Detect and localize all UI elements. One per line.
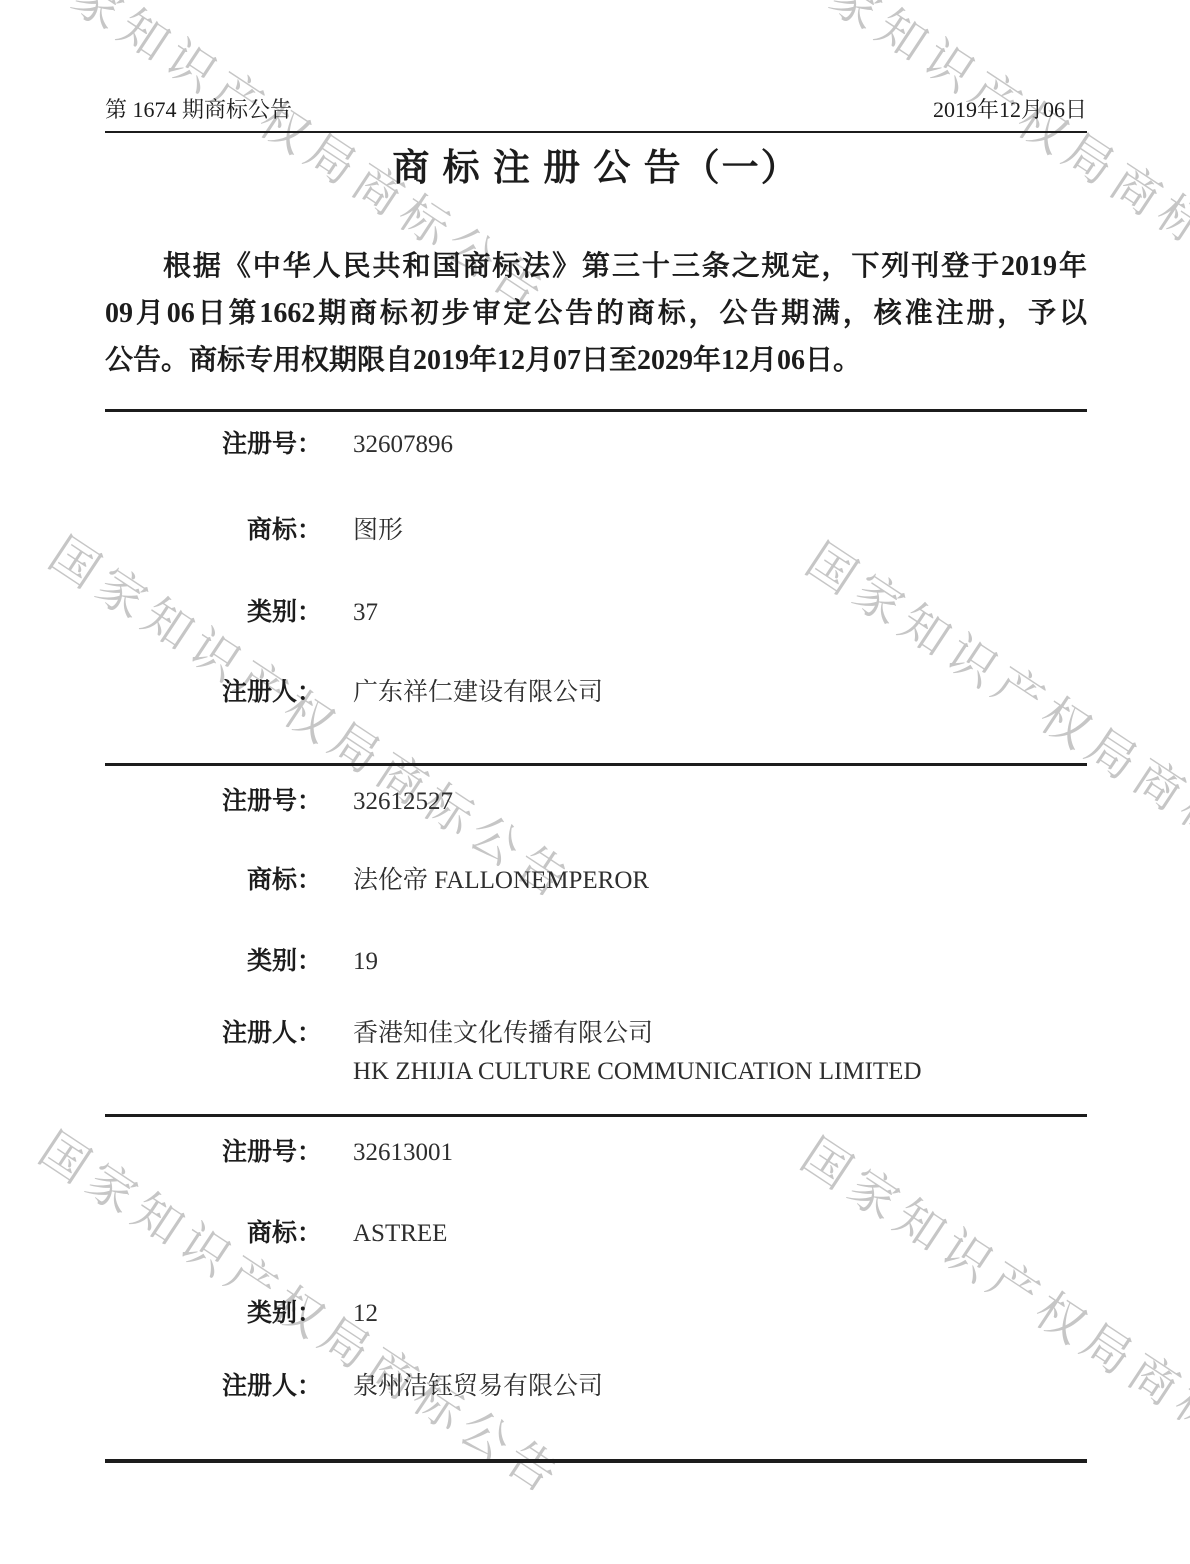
- intro-paragraph: 根据《中华人民共和国商标法》第三十三条之规定，下列刊登于2019年 09月06日…: [105, 243, 1087, 384]
- class-label: 类别：: [105, 945, 322, 979]
- gazette-issue-label: 第 1674 期商标公告: [105, 96, 292, 124]
- trademark-value: 图形: [353, 514, 1053, 548]
- reg-no-label: 注册号：: [105, 428, 322, 462]
- registrant-label: 注册人：: [105, 1370, 322, 1404]
- reg-no-value: 32607896: [353, 428, 1053, 462]
- class-label: 类别：: [105, 596, 322, 630]
- bottom-rule: [105, 1459, 1087, 1463]
- intro-line: 公告。商标专用权期限自2019年12月07日至2029年12月06日。: [105, 337, 1087, 384]
- watermark-text: 国家知识产权局商标公告: [795, 523, 1190, 921]
- record-separator: [105, 1114, 1087, 1117]
- registrant-label: 注册人：: [105, 676, 322, 710]
- registrant-value: 香港知佳文化传播有限公司: [353, 1017, 1053, 1051]
- class-value: 12: [353, 1297, 1053, 1331]
- reg-no-label: 注册号：: [105, 1136, 322, 1170]
- trademark-label: 商标：: [105, 1217, 322, 1251]
- gazette-page: 国家知识产权局商标公告 国家知识产权局商标公告 国家知识产权局商标公告 国家知识…: [0, 0, 1190, 1564]
- record-separator: [105, 763, 1087, 766]
- watermark-text: 国家知识产权局商标公告: [38, 517, 590, 915]
- registrant-en-value: HK ZHIJIA CULTURE COMMUNICATION LIMITED: [353, 1055, 1053, 1089]
- reg-no-value: 32612527: [353, 785, 1053, 819]
- registrant-label: 注册人：: [105, 1017, 322, 1051]
- record-separator: [105, 409, 1087, 412]
- reg-no-label: 注册号：: [105, 785, 322, 819]
- class-value: 19: [353, 945, 1053, 979]
- gazette-date: 2019年12月06日: [933, 96, 1087, 124]
- reg-no-value: 32613001: [353, 1136, 1053, 1170]
- trademark-label: 商标：: [105, 514, 322, 548]
- intro-line: 根据《中华人民共和国商标法》第三十三条之规定，下列刊登于2019年: [105, 243, 1087, 290]
- registrant-value: 广东祥仁建设有限公司: [353, 676, 1053, 710]
- trademark-label: 商标：: [105, 864, 322, 898]
- header-rule: [105, 131, 1087, 133]
- class-value: 37: [353, 596, 1053, 630]
- trademark-value: 法伦帝 FALLONEMPEROR: [353, 864, 1053, 898]
- intro-line: 09月06日第1662期商标初步审定公告的商标，公告期满，核准注册，予以: [105, 290, 1087, 337]
- class-label: 类别：: [105, 1297, 322, 1331]
- page-title: 商 标 注 册 公 告（一）: [105, 146, 1087, 192]
- registrant-value: 泉州洁钰贸易有限公司: [353, 1370, 1053, 1404]
- trademark-value: ASTREE: [353, 1217, 1053, 1251]
